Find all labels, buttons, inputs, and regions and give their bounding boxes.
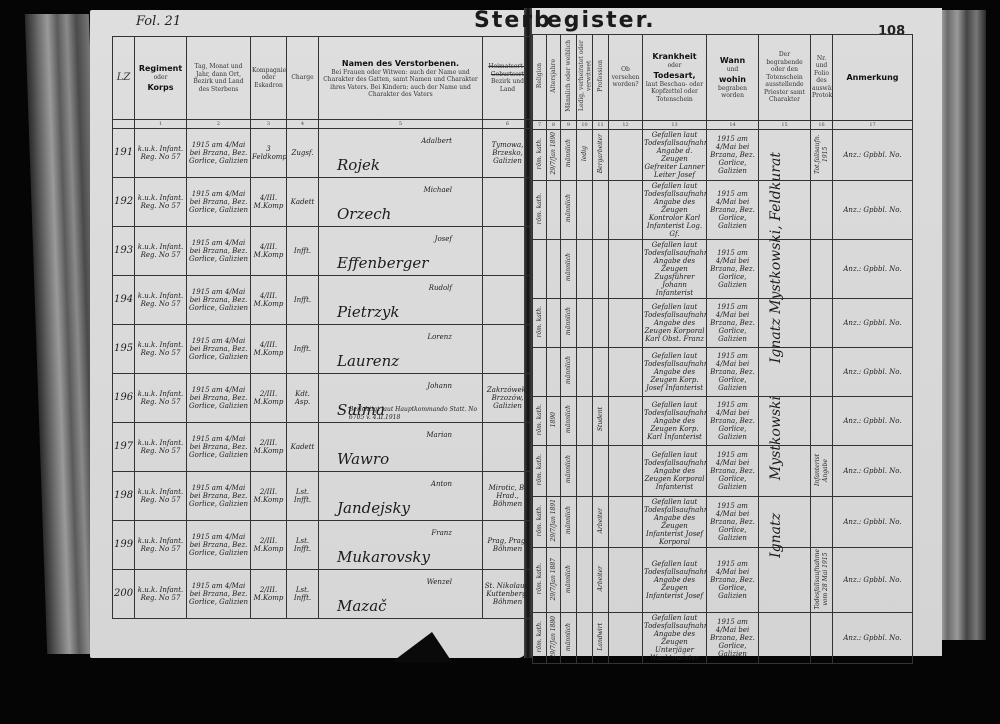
protocol-cell: Todesfallsaufnahme vom 28 Mai 1915 xyxy=(811,547,833,613)
entry-number: 198 xyxy=(113,472,135,521)
remark-cell: Anz.: Gpbbl. No. xyxy=(833,496,913,547)
priest-cell xyxy=(759,239,811,298)
charge-cell: Kadett xyxy=(287,423,319,472)
entry-number: 191 xyxy=(113,129,135,178)
cause-cell: Gefallen laut Todesfallsaufnahme Angabe … xyxy=(643,547,707,613)
origin-cell: St. Nikolaus, Kuttenberg, Böhmen xyxy=(483,570,533,619)
date-place-cell: 1915 am 4/Mai bei Brzana, Bez. Gorlice, … xyxy=(187,472,251,521)
marital-status-cell xyxy=(577,445,593,496)
register-entry-left: 192 k.u.k. Infant. Reg. No 57 1915 am 4/… xyxy=(113,178,533,227)
age-cell: 1890 xyxy=(547,396,561,445)
origin-cell xyxy=(483,276,533,325)
entry-number: 196 xyxy=(113,374,135,423)
given-name: Anton xyxy=(431,480,452,488)
entry-number: 199 xyxy=(113,521,135,570)
register-entry-right: röm. kath. männlich Gefallen laut Todesf… xyxy=(533,445,913,496)
origin-cell xyxy=(483,325,533,374)
age-cell: 29/7/Jan 1891 xyxy=(547,496,561,547)
surname: Effenberger xyxy=(337,259,428,267)
sex-cell: männlich xyxy=(561,547,577,613)
religion-cell: röm. kath. xyxy=(533,613,547,664)
marital-status-cell xyxy=(577,239,593,298)
protocol-cell xyxy=(811,298,833,347)
header-name: Namen des Verstorbenen.Bei Frauen oder W… xyxy=(319,37,483,120)
cause-cell: Gefallen laut Todesfallsaufnahme Angabe … xyxy=(643,129,707,180)
religion-cell xyxy=(533,239,547,298)
profession-cell xyxy=(593,239,609,298)
name-cell: Adalbert Rojek xyxy=(319,129,483,178)
charge-cell: Kdt. Asp. xyxy=(287,374,319,423)
sacraments-cell xyxy=(609,180,643,239)
regiment-cell: k.u.k. Infant. Reg. No 57 xyxy=(135,178,187,227)
burial-cell: 1915 am 4/Mai bei Brzana, Bez. Gorlice, … xyxy=(707,298,759,347)
religion-cell: röm. kath. xyxy=(533,496,547,547)
header-marital-status: Ledig, verheiratet oder verwitwet xyxy=(577,35,593,121)
age-cell: 29/7/Jan 1890 xyxy=(547,129,561,180)
charge-cell: Lst. Infft. xyxy=(287,521,319,570)
name-cell: Franz Mukarovsky xyxy=(319,521,483,570)
origin-cell: Mirotic, B. Hrad., Böhmen xyxy=(483,472,533,521)
register-title-right: register. xyxy=(534,8,656,33)
surname: Mazač xyxy=(337,602,387,610)
company-cell: 2/III. M.Komp xyxy=(251,570,287,619)
priest-cell xyxy=(759,613,811,664)
date-place-cell: 1915 am 4/Mai bei Brzana, Bez. Gorlice, … xyxy=(187,521,251,570)
date-place-cell: 1915 am 4/Mai bei Brzana, Bez. Gorlice, … xyxy=(187,276,251,325)
header-priest: Der begrabende oder den Totenschein auss… xyxy=(759,35,811,121)
protocol-cell xyxy=(811,613,833,664)
book-page-edges-right xyxy=(938,10,986,640)
company-cell: 2/III. M.Komp xyxy=(251,423,287,472)
cause-cell: Gefallen laut Todesfallsaufnahme Angabe … xyxy=(643,396,707,445)
right-header-row: Religion Altersjahre Männlich oder weibl… xyxy=(533,35,913,121)
religion-cell: röm. kath. xyxy=(533,547,547,613)
marital-status-cell xyxy=(577,347,593,396)
profession-cell: Landwirt xyxy=(593,613,609,664)
sacraments-cell xyxy=(609,445,643,496)
header-protocol: Nr. und Folio des auswärtigen Protokolls xyxy=(811,35,833,121)
burial-cell: 1915 am 4/Mai bei Brzana, Bez. Gorlice, … xyxy=(707,547,759,613)
remark-cell: Anz.: Gpbbl. No. xyxy=(833,298,913,347)
register-entry-right: männlich Gefallen laut Todesfallsaufnahm… xyxy=(533,239,913,298)
protocol-cell xyxy=(811,180,833,239)
name-cell: Lorenz Laurenz xyxy=(319,325,483,374)
header-profession: Profession xyxy=(593,35,609,121)
priest-cell xyxy=(759,396,811,445)
regiment-cell: k.u.k. Infant. Reg. No 57 xyxy=(135,227,187,276)
protocol-cell: Tot.fallsaufn. 1915 xyxy=(811,129,833,180)
protocol-cell xyxy=(811,239,833,298)
age-cell xyxy=(547,445,561,496)
marital-status-cell xyxy=(577,613,593,664)
regiment-cell: k.u.k. Infant. Reg. No 57 xyxy=(135,570,187,619)
entry-number: 194 xyxy=(113,276,135,325)
date-place-cell: 1915 am 4/Mai bei Brzana, Bez. Gorlice, … xyxy=(187,129,251,178)
sacraments-cell xyxy=(609,613,643,664)
left-header-row: LZ RegimentoderKorps Tag, Monat und Jahr… xyxy=(113,37,533,120)
given-name: Rudolf xyxy=(429,284,452,292)
marital-status-cell xyxy=(577,547,593,613)
cause-cell: Gefallen laut Todesfallsaufnahme Angabe … xyxy=(643,239,707,298)
company-cell: 4/III. M.Komp xyxy=(251,227,287,276)
marital-status-cell: ledig xyxy=(577,129,593,180)
header-company: Kompagnie oder Eskadron xyxy=(251,37,287,120)
sacraments-cell xyxy=(609,239,643,298)
given-name: Wenzel xyxy=(427,578,452,586)
date-place-cell: 1915 am 4/Mai bei Brzana, Bez. Gorlice, … xyxy=(187,227,251,276)
register-entry-left: 200 k.u.k. Infant. Reg. No 57 1915 am 4/… xyxy=(113,570,533,619)
left-column-numbers: 1 2 3 4 5 6 xyxy=(113,120,533,129)
header-regiment: RegimentoderKorps xyxy=(135,37,187,120)
profession-cell: Arbeiter xyxy=(593,496,609,547)
burial-cell: 1915 am 4/Mai bei Brzana, Bez. Gorlice, … xyxy=(707,239,759,298)
given-name: Johann xyxy=(427,382,452,390)
priest-cell xyxy=(759,347,811,396)
name-cell: Michael Orzech xyxy=(319,178,483,227)
cause-cell: Gefallen laut Todesfallsaufnahme Angabe … xyxy=(643,445,707,496)
regiment-cell: k.u.k. Infant. Reg. No 57 xyxy=(135,521,187,570)
burial-cell: 1915 am 4/Mai bei Brzana, Bez. Gorlice, … xyxy=(707,347,759,396)
header-lz: LZ xyxy=(113,37,135,120)
sex-cell: männlich xyxy=(561,180,577,239)
company-cell: 2/III. M.Komp xyxy=(251,521,287,570)
remark-cell: Anz.: Gpbbl. No. xyxy=(833,180,913,239)
marital-status-cell xyxy=(577,496,593,547)
register-entry-right: röm. kath. 1890 männlich Student Gefalle… xyxy=(533,396,913,445)
entry-number: 197 xyxy=(113,423,135,472)
charge-cell: Infft. xyxy=(287,276,319,325)
sacraments-cell xyxy=(609,129,643,180)
left-register-table: LZ RegimentoderKorps Tag, Monat und Jahr… xyxy=(112,36,533,619)
priest-cell xyxy=(759,496,811,547)
header-cause-of-death: KrankheitoderTodesart,laut Beschau- oder… xyxy=(643,35,707,121)
religion-cell: röm. kath. xyxy=(533,180,547,239)
register-entry-left: 199 k.u.k. Infant. Reg. No 57 1915 am 4/… xyxy=(113,521,533,570)
sex-cell: männlich xyxy=(561,613,577,664)
header-burial: Wannundwohinbegraben worden xyxy=(707,35,759,121)
name-cell: Johann Sulma Berichtigt laut Hauptkomman… xyxy=(319,374,483,423)
remark-cell: Anz.: Gpbbl. No. xyxy=(833,347,913,396)
given-name: Adalbert xyxy=(421,137,452,145)
given-name: Michael xyxy=(424,186,452,194)
origin-cell xyxy=(483,227,533,276)
burial-cell: 1915 am 4/Mai bei Brzana, Bez. Gorlice, … xyxy=(707,445,759,496)
surname: Wawro xyxy=(337,455,389,463)
marital-status-cell xyxy=(577,180,593,239)
cause-cell: Gefallen laut Todesfallsaufnahme Angabe … xyxy=(643,613,707,664)
sex-cell: männlich xyxy=(561,347,577,396)
register-entry-left: 198 k.u.k. Infant. Reg. No 57 1915 am 4/… xyxy=(113,472,533,521)
sex-cell: männlich xyxy=(561,445,577,496)
entry-number: 193 xyxy=(113,227,135,276)
origin-cell: Prag, Prag, Böhmen xyxy=(483,521,533,570)
sex-cell: männlich xyxy=(561,298,577,347)
burial-cell: 1915 am 4/Mai bei Brzana, Bez. Gorlice, … xyxy=(707,129,759,180)
header-sex: Männlich oder weiblich xyxy=(561,35,577,121)
profession-cell xyxy=(593,347,609,396)
sex-cell: männlich xyxy=(561,129,577,180)
remark-cell: Anz.: Gpbbl. No. xyxy=(833,129,913,180)
register-entry-right: männlich Gefallen laut Todesfallsaufnahm… xyxy=(533,347,913,396)
protocol-cell xyxy=(811,496,833,547)
register-entry-right: röm. kath. 29/7/Jan 1887 männlich Arbeit… xyxy=(533,547,913,613)
burial-cell: 1915 am 4/Mai bei Brzana, Bez. Gorlice, … xyxy=(707,396,759,445)
page-tab-marker xyxy=(392,632,452,662)
regiment-cell: k.u.k. Infant. Reg. No 57 xyxy=(135,423,187,472)
given-name: Marian xyxy=(426,431,452,439)
register-entry-left: 194 k.u.k. Infant. Reg. No 57 1915 am 4/… xyxy=(113,276,533,325)
marital-status-cell xyxy=(577,298,593,347)
surname: Rojek xyxy=(337,161,380,169)
date-place-cell: 1915 am 4/Mai bei Brzana, Bez. Gorlice, … xyxy=(187,423,251,472)
protocol-cell: Infanterist Angabe xyxy=(811,445,833,496)
surname: Pietrzyk xyxy=(337,308,399,316)
marital-status-cell xyxy=(577,396,593,445)
regiment-cell: k.u.k. Infant. Reg. No 57 xyxy=(135,325,187,374)
protocol-cell xyxy=(811,396,833,445)
profession-cell: Bergarbeiter xyxy=(593,129,609,180)
date-place-cell: 1915 am 4/Mai bei Brzana, Bez. Gorlice, … xyxy=(187,374,251,423)
remark-cell: Anz.: Gpbbl. No. xyxy=(833,239,913,298)
company-cell: 2/III. M.Komp xyxy=(251,374,287,423)
charge-cell: Infft. xyxy=(287,227,319,276)
header-charge: Charge xyxy=(287,37,319,120)
register-entry-left: 195 k.u.k. Infant. Reg. No 57 1915 am 4/… xyxy=(113,325,533,374)
entry-number: 200 xyxy=(113,570,135,619)
right-column-numbers: 7 8 9 10 11 12 13 14 15 16 17 xyxy=(533,120,913,129)
remark-cell: Anz.: Gpbbl. No. xyxy=(833,445,913,496)
charge-cell: Infft. xyxy=(287,325,319,374)
burial-cell: 1915 am 4/Mai bei Brzana, Bez. Gorlice, … xyxy=(707,180,759,239)
sacraments-cell xyxy=(609,347,643,396)
name-cell: Wenzel Mazač xyxy=(319,570,483,619)
profession-cell xyxy=(593,445,609,496)
company-cell: 3 Feldkomp xyxy=(251,129,287,178)
profession-cell: Arbeiter xyxy=(593,547,609,613)
name-cell: Anton Jandejsky xyxy=(319,472,483,521)
regiment-cell: k.u.k. Infant. Reg. No 57 xyxy=(135,374,187,423)
register-entry-right: röm. kath. männlich Gefallen laut Todesf… xyxy=(533,298,913,347)
charge-cell: Zugsf. xyxy=(287,129,319,178)
religion-cell: röm. kath. xyxy=(533,396,547,445)
header-sacraments: Ob versehen worden? xyxy=(609,35,643,121)
register-entry-right: röm. kath. männlich Gefallen laut Todesf… xyxy=(533,180,913,239)
register-entry-right: röm. kath. 29/7/Jan 1891 männlich Arbeit… xyxy=(533,496,913,547)
origin-cell xyxy=(483,178,533,227)
given-name: Josef xyxy=(435,235,452,243)
correction-note: Berichtigt laut Hauptkommando Statt. No … xyxy=(349,406,482,422)
origin-cell: Zakrzówek, Brzozów, Galizien xyxy=(483,374,533,423)
sacraments-cell xyxy=(609,298,643,347)
remark-cell: Anz.: Gpbbl. No. xyxy=(833,547,913,613)
name-cell: Rudolf Pietrzyk xyxy=(319,276,483,325)
sacraments-cell xyxy=(609,396,643,445)
age-cell: 29/7/Jan 1880 xyxy=(547,613,561,664)
age-cell xyxy=(547,347,561,396)
name-cell: Marian Wawro xyxy=(319,423,483,472)
burial-cell: 1915 am 4/Mai bei Brzana, Bez. Gorlice, … xyxy=(707,496,759,547)
religion-cell: röm. kath. xyxy=(533,129,547,180)
profession-cell: Student xyxy=(593,396,609,445)
surname: Laurenz xyxy=(337,357,399,365)
cause-cell: Gefallen laut Todesfallsaufnahme Angabe … xyxy=(643,496,707,547)
date-place-cell: 1915 am 4/Mai bei Brzana, Bez. Gorlice, … xyxy=(187,570,251,619)
register-entry-left: 193 k.u.k. Infant. Reg. No 57 1915 am 4/… xyxy=(113,227,533,276)
profession-cell xyxy=(593,180,609,239)
given-name: Lorenz xyxy=(427,333,452,341)
company-cell: 4/III. M.Komp xyxy=(251,276,287,325)
header-age: Altersjahre xyxy=(547,35,561,121)
religion-cell: röm. kath. xyxy=(533,445,547,496)
sacraments-cell xyxy=(609,496,643,547)
surname: Orzech xyxy=(337,210,391,218)
company-cell: 2/III. M.Komp xyxy=(251,472,287,521)
entry-number: 192 xyxy=(113,178,135,227)
date-place-cell: 1915 am 4/Mai bei Brzana, Bez. Gorlice, … xyxy=(187,178,251,227)
company-cell: 4/III. M.Komp xyxy=(251,325,287,374)
register-entry-left: 196 k.u.k. Infant. Reg. No 57 1915 am 4/… xyxy=(113,374,533,423)
surname: Jandejsky xyxy=(337,504,410,512)
sacraments-cell xyxy=(609,547,643,613)
header-religion: Religion xyxy=(533,35,547,121)
priest-cell xyxy=(759,298,811,347)
age-cell xyxy=(547,239,561,298)
protocol-cell xyxy=(811,347,833,396)
profession-cell xyxy=(593,298,609,347)
register-entry-left: 191 k.u.k. Infant. Reg. No 57 1915 am 4/… xyxy=(113,129,533,178)
entry-number: 195 xyxy=(113,325,135,374)
cause-cell: Gefallen laut Todesfallsaufnahme Angabe … xyxy=(643,180,707,239)
name-cell: Josef Effenberger xyxy=(319,227,483,276)
age-cell xyxy=(547,298,561,347)
register-entry-right: röm. kath. 29/7/Jan 1880 männlich Landwi… xyxy=(533,613,913,664)
folio-label: Fol. 21 xyxy=(136,14,181,29)
header-date-place: Tag, Monat und Jahr, dann Ort, Bezirk un… xyxy=(187,37,251,120)
origin-cell: Tymowa, Brzesko, Galizien xyxy=(483,129,533,178)
remark-cell: Anz.: Gpbbl. No. xyxy=(833,613,913,664)
sex-cell: männlich xyxy=(561,396,577,445)
religion-cell: röm. kath. xyxy=(533,298,547,347)
regiment-cell: k.u.k. Infant. Reg. No 57 xyxy=(135,129,187,178)
regiment-cell: k.u.k. Infant. Reg. No 57 xyxy=(135,472,187,521)
charge-cell: Kadett xyxy=(287,178,319,227)
priest-cell xyxy=(759,547,811,613)
surname: Mukarovsky xyxy=(337,553,430,561)
right-register-table: Religion Altersjahre Männlich oder weibl… xyxy=(532,34,913,664)
cause-cell: Gefallen laut Todesfallsaufnahme Angabe … xyxy=(643,298,707,347)
given-name: Franz xyxy=(431,529,452,537)
priest-cell xyxy=(759,180,811,239)
priest-cell xyxy=(759,129,811,180)
sex-cell: männlich xyxy=(561,496,577,547)
charge-cell: Lst. Infft. xyxy=(287,472,319,521)
register-entry-right: röm. kath. 29/7/Jan 1890 männlich ledig … xyxy=(533,129,913,180)
religion-cell xyxy=(533,347,547,396)
age-cell xyxy=(547,180,561,239)
origin-cell xyxy=(483,423,533,472)
remark-cell: Anz.: Gpbbl. No. xyxy=(833,396,913,445)
header-origin: Heimatsort / GeburtsortBezirk und Land xyxy=(483,37,533,120)
age-cell: 29/7/Jan 1887 xyxy=(547,547,561,613)
priest-cell xyxy=(759,445,811,496)
regiment-cell: k.u.k. Infant. Reg. No 57 xyxy=(135,276,187,325)
company-cell: 4/III. M.Komp xyxy=(251,178,287,227)
cause-cell: Gefallen laut Todesfallsaufnahme Angabe … xyxy=(643,347,707,396)
charge-cell: Lst. Infft. xyxy=(287,570,319,619)
register-entry-left: 197 k.u.k. Infant. Reg. No 57 1915 am 4/… xyxy=(113,423,533,472)
date-place-cell: 1915 am 4/Mai bei Brzana, Bez. Gorlice, … xyxy=(187,325,251,374)
header-remarks: Anmerkung xyxy=(833,35,913,121)
sex-cell: männlich xyxy=(561,239,577,298)
burial-cell: 1915 am 4/Mai bei Brzana, Bez. Gorlice, … xyxy=(707,613,759,664)
